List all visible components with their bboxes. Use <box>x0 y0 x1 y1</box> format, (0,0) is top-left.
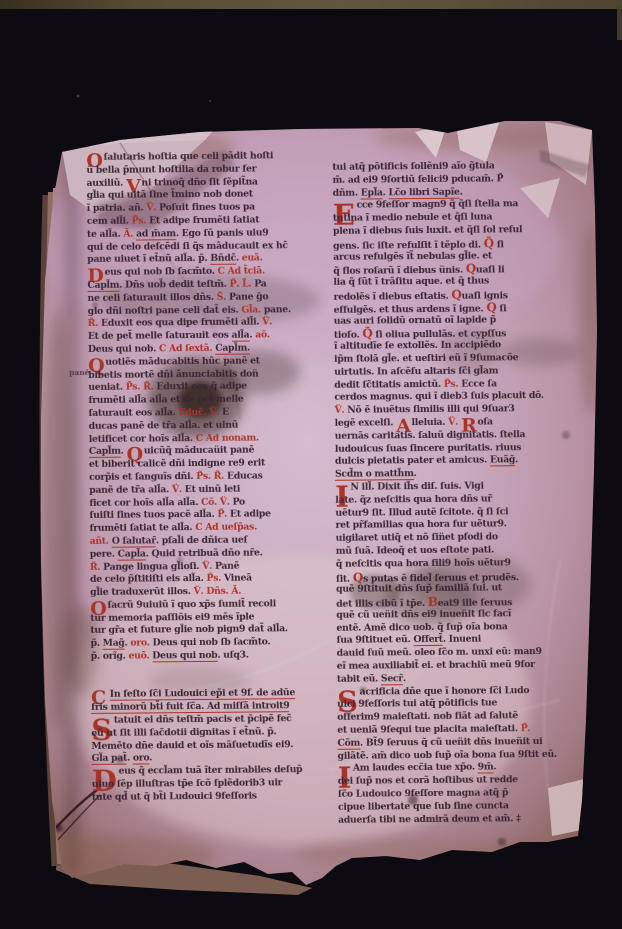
margin-note: panē <box>69 368 89 377</box>
right-text-column: tui atq̃ põtificis ſollẽni9 aĩo g̃tulam̃… <box>332 160 590 828</box>
manuscript-line <box>92 802 340 817</box>
left-text-column: Oſalutaris hoſtia que celi pãdit hoſtiũ … <box>86 150 340 818</box>
manuscript-line: aduerſa tibi ne admirã deum et am̃. ‡ <box>338 812 590 827</box>
photo-frame: Oſalutaris hoſtia que celi pãdit hoſtiũ … <box>0 0 622 929</box>
manuscript-text: Oſalutaris hoſtia que celi pãdit hoſtiũ … <box>0 0 622 929</box>
